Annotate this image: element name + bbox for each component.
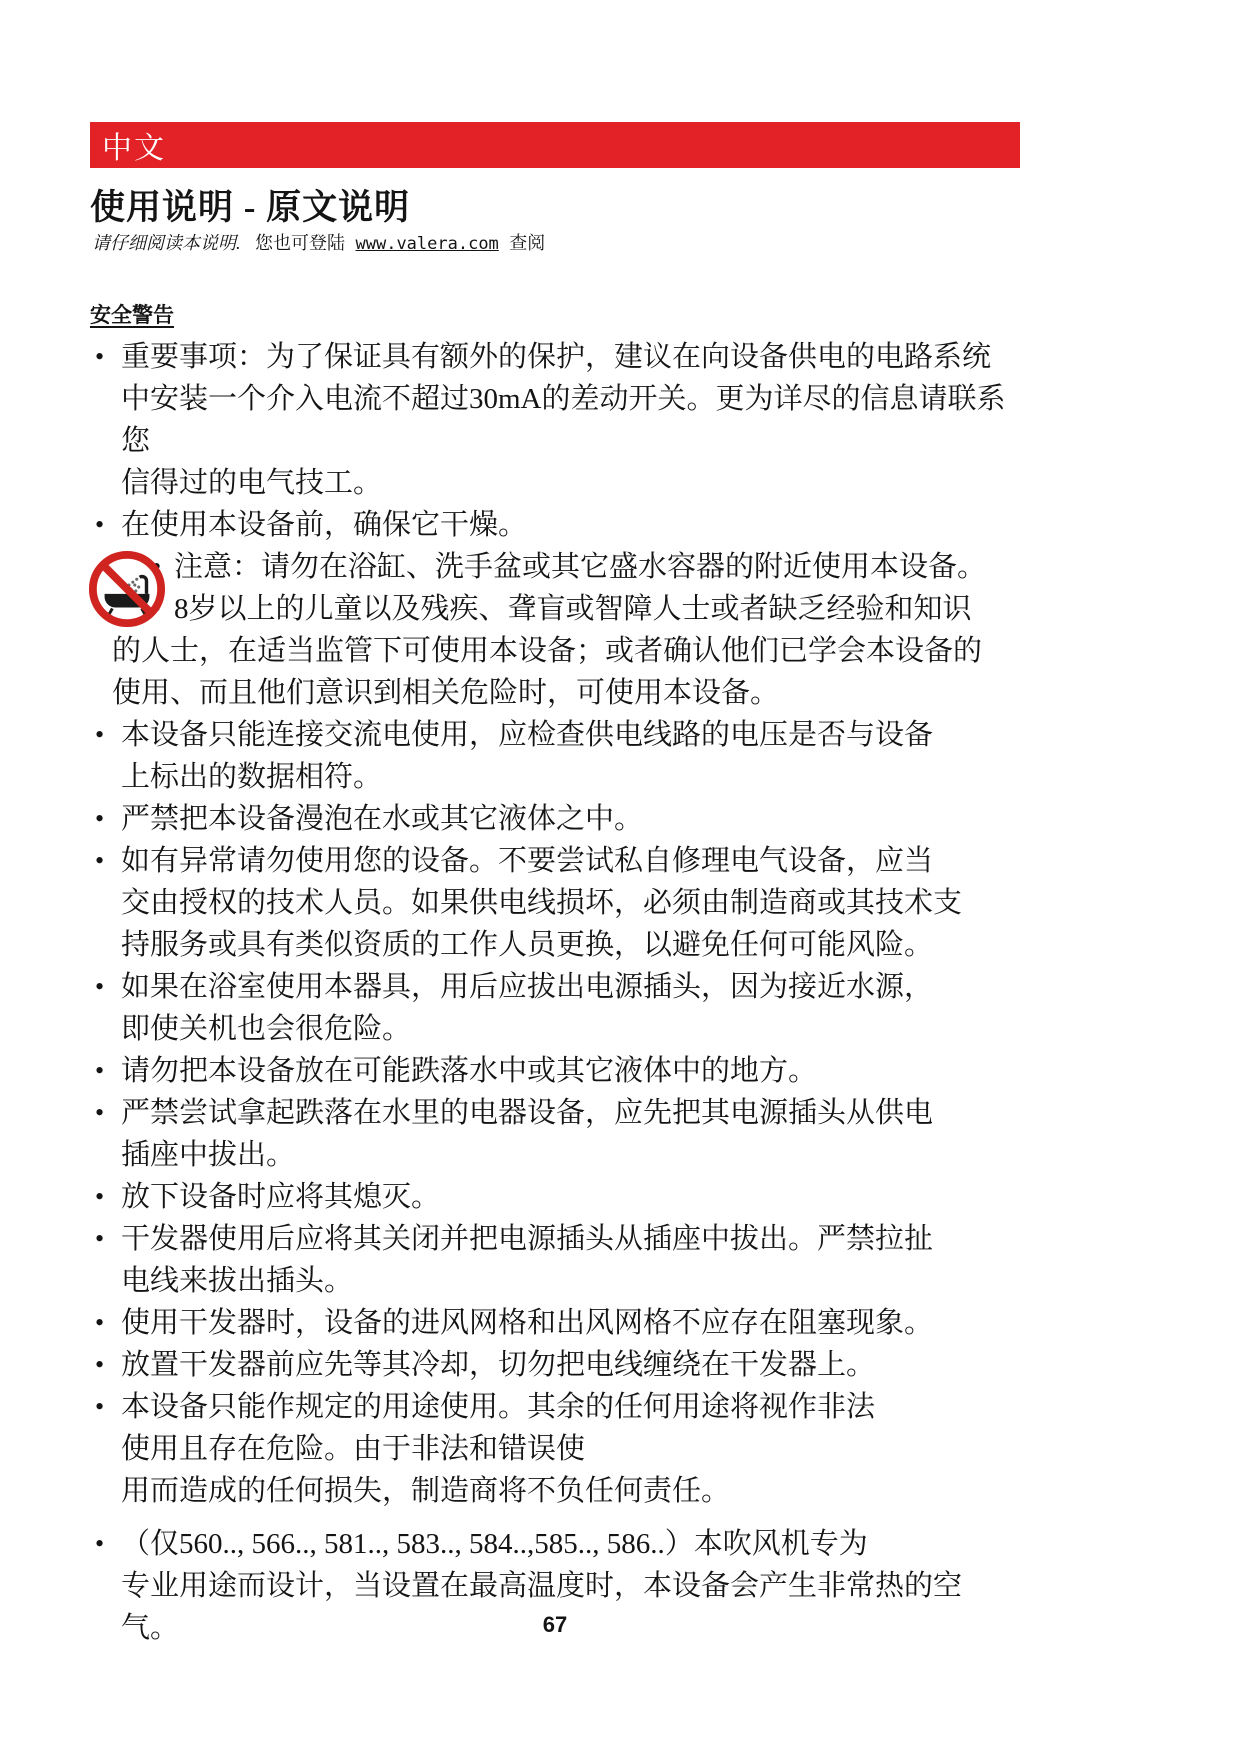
warning-item: • 如果在浴室使用本器具，用后应拔出电源插头，因为接近水源， 即使关机也会很危险… bbox=[90, 966, 1025, 1050]
warning-text: 干发器使用后应将其关闭并把电源插头从插座中拔出。严禁拉扯 电线来拔出插头。 bbox=[121, 1218, 933, 1302]
bullet-marker: • bbox=[90, 1092, 121, 1176]
warning-text: 放下设备时应将其熄灭。 bbox=[121, 1176, 440, 1218]
bullet-marker: • bbox=[90, 798, 121, 840]
warning-item: • 本设备只能连接交流电使用，应检查供电线路的电压是否与设备 上标出的数据相符。 bbox=[90, 714, 1025, 798]
language-banner: 中文 bbox=[90, 122, 1020, 168]
bullet-marker: • bbox=[90, 1302, 121, 1344]
bullet-marker: • bbox=[90, 1344, 121, 1386]
warning-item: • 严禁尝试拿起跌落在水里的电器设备，应先把其电源插头从供电 插座中拔出。 bbox=[90, 1092, 1025, 1176]
manual-page: 中文 使用说明 - 原文说明 请仔细阅读本说明. 您也可登陆 www.valer… bbox=[0, 0, 1241, 1754]
warning-text: 放置干发器前应先等其冷却，切勿把电线缠绕在干发器上。 bbox=[121, 1344, 875, 1386]
warning-item: • 严禁把本设备漫泡在水或其它液体之中。 bbox=[90, 798, 1025, 840]
warning-item: • 重要事项：为了保证具有额外的保护，建议在向设备供电的电路系统 中安装一个介入… bbox=[90, 336, 1025, 504]
warning-text: 使用干发器时，设备的进风网格和出风网格不应存在阻塞现象。 bbox=[121, 1302, 933, 1344]
subtitle-middle-text: 您也可登陆 bbox=[255, 233, 345, 253]
bullet-marker: • bbox=[90, 840, 121, 966]
warning-item: • 放下设备时应将其熄灭。 bbox=[90, 1176, 1025, 1218]
warning-text: 本设备只能连接交流电使用，应检查供电线路的电压是否与设备 上标出的数据相符。 bbox=[121, 714, 933, 798]
bullet-marker: • bbox=[90, 714, 121, 798]
bullet-marker: • bbox=[90, 1050, 121, 1092]
subtitle-italic-note: 请仔细阅读本说明. bbox=[92, 233, 241, 253]
warning-item: • 请勿把本设备放在可能跌落水中或其它液体中的地方。 bbox=[90, 1050, 1025, 1092]
bullet-marker: • bbox=[90, 336, 121, 504]
page-title: 使用说明 - 原文说明 bbox=[90, 180, 410, 230]
warning-item: • 在使用本设备前，确保它干燥。 bbox=[90, 504, 1025, 546]
warning-item: • 本设备只能作规定的用途使用。其余的任何用途将视作非法 使用且存在危险。由于非… bbox=[90, 1386, 1025, 1512]
warning-item: • 干发器使用后应将其关闭并把电源插头从插座中拔出。严禁拉扯 电线来拔出插头。 bbox=[90, 1218, 1025, 1302]
warning-text: 本设备只能作规定的用途使用。其余的任何用途将视作非法 使用且存在危险。由于非法和… bbox=[121, 1386, 875, 1512]
warning-item: • 注意：请勿在浴缸、洗手盆或其它盛水容器的附近使用本设备。 bbox=[90, 546, 1025, 588]
warning-text: 请勿把本设备放在可能跌落水中或其它液体中的地方。 bbox=[121, 1050, 817, 1092]
bathtub-warning-block: • 注意：请勿在浴缸、洗手盆或其它盛水容器的附近使用本设备。 • 8岁以上的儿童… bbox=[90, 546, 1025, 714]
warning-list: • 重要事项：为了保证具有额外的保护，建议在向设备供电的电路系统 中安装一个介入… bbox=[90, 336, 1025, 1649]
bullet-marker: • bbox=[90, 504, 121, 546]
warning-text: 8岁以上的儿童以及残疾、聋盲或智障人士或者缺乏经验和知识 bbox=[174, 588, 972, 630]
no-bathtub-icon bbox=[88, 550, 166, 628]
warning-text: 严禁把本设备漫泡在水或其它液体之中。 bbox=[121, 798, 643, 840]
page-number: 67 bbox=[90, 1612, 1020, 1638]
warning-text: 重要事项：为了保证具有额外的保护，建议在向设备供电的电路系统 中安装一个介入电流… bbox=[121, 336, 1025, 504]
warning-text: 严禁尝试拿起跌落在水里的电器设备，应先把其电源插头从供电 插座中拔出。 bbox=[121, 1092, 933, 1176]
warning-text-continuation: 的人士，在适当监管下可使用本设备；或者确认他们已学会本设备的 使用、而且他们意识… bbox=[90, 630, 1025, 714]
subtitle-tail-text: 查阅 bbox=[509, 233, 545, 253]
warning-text: 注意：请勿在浴缸、洗手盆或其它盛水容器的附近使用本设备。 bbox=[174, 546, 986, 588]
bullet-marker: • bbox=[90, 966, 121, 1050]
bullet-marker: • bbox=[90, 1386, 121, 1512]
language-banner-label: 中文 bbox=[90, 123, 166, 167]
warning-text: 如有异常请勿使用您的设备。不要尝试私自修理电气设备，应当 交由授权的技术人员。如… bbox=[121, 840, 962, 966]
subtitle: 请仔细阅读本说明. 您也可登陆 www.valera.com 查阅 bbox=[92, 229, 545, 255]
bullet-marker: • bbox=[90, 1176, 121, 1218]
warning-item: • 如有异常请勿使用您的设备。不要尝试私自修理电气设备，应当 交由授权的技术人员… bbox=[90, 840, 1025, 966]
bullet-marker: • bbox=[90, 1218, 121, 1302]
warning-item: • 使用干发器时，设备的进风网格和出风网格不应存在阻塞现象。 bbox=[90, 1302, 1025, 1344]
website-link[interactable]: www.valera.com bbox=[356, 234, 499, 254]
warning-item: • 8岁以上的儿童以及残疾、聋盲或智障人士或者缺乏经验和知识 bbox=[90, 588, 1025, 630]
warning-text: 在使用本设备前，确保它干燥。 bbox=[121, 504, 527, 546]
warning-text: 如果在浴室使用本器具，用后应拔出电源插头，因为接近水源， 即使关机也会很危险。 bbox=[121, 966, 933, 1050]
safety-warnings-heading: 安全警告 bbox=[90, 299, 174, 329]
warning-item: • 放置干发器前应先等其冷却，切勿把电线缠绕在干发器上。 bbox=[90, 1344, 1025, 1386]
